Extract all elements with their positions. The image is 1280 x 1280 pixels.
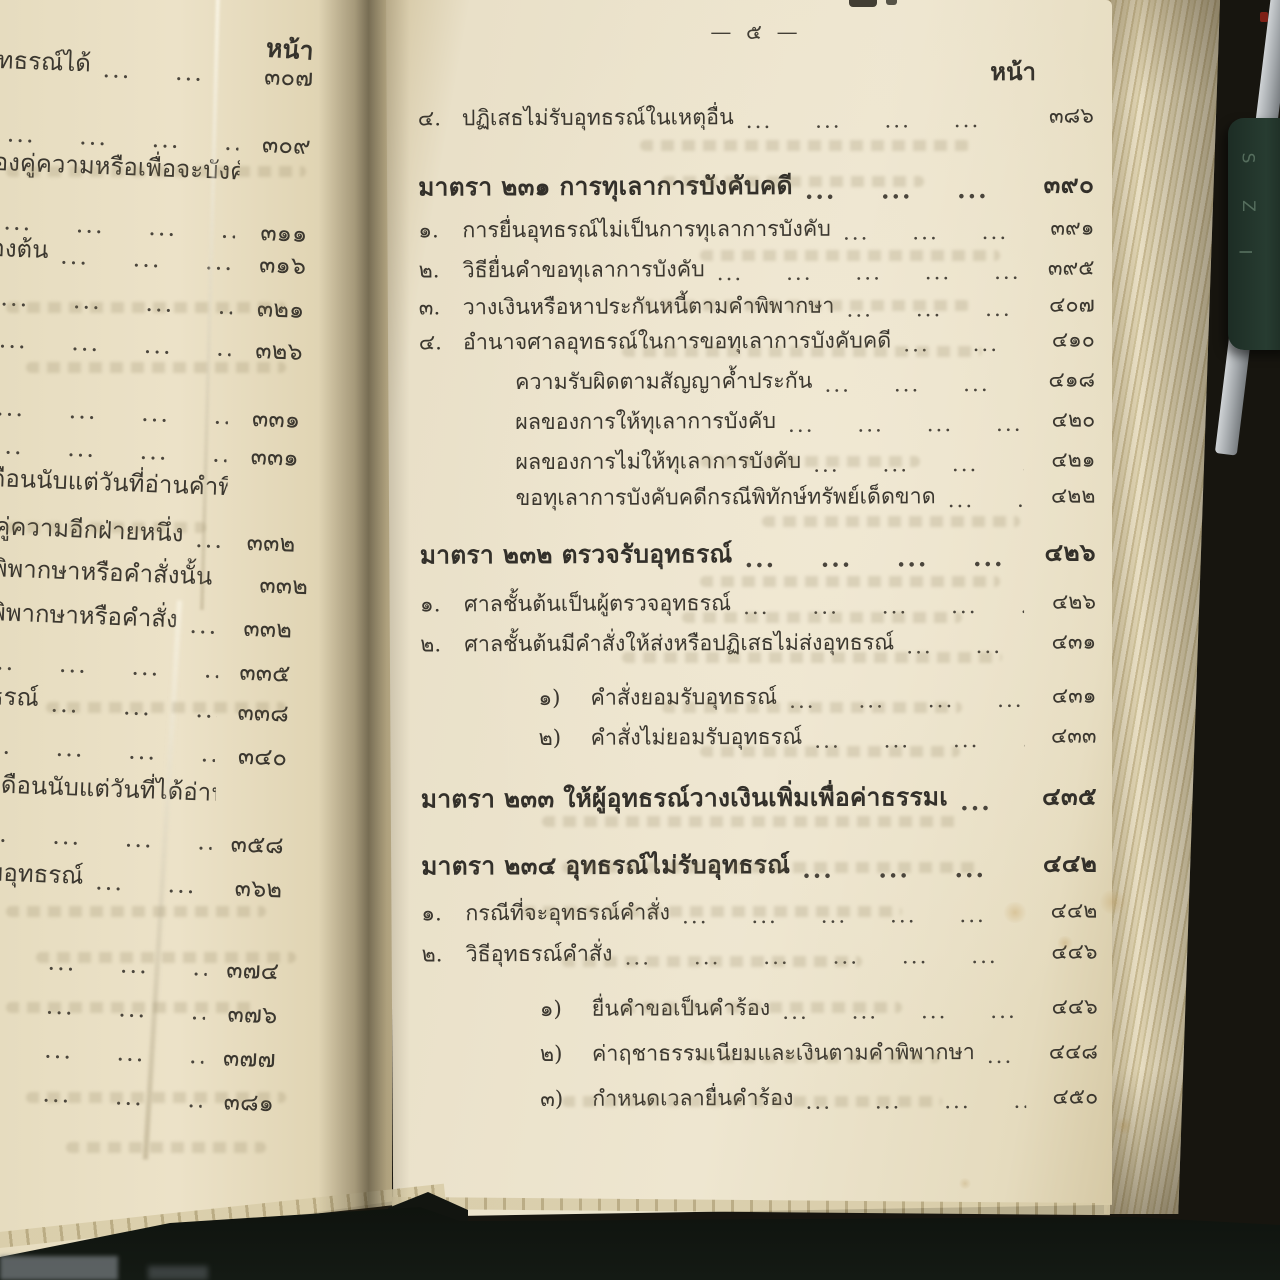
- dot-leader: ... ... ... ... ... ... ... ... ... ... …: [831, 220, 1023, 246]
- item-title: การยื่นอุทธรณ์ไม่เป็นการทุเลาการบังคับ: [462, 212, 831, 248]
- desk-reflection: [148, 1266, 208, 1280]
- dot-leader: ... ... ... ... ... ... ... ... ... ... …: [0, 1032, 204, 1069]
- item-title: มาตรา ๒๓๒ ตรวจรับอุทธรณ์: [420, 534, 733, 574]
- item-number: ๒.: [421, 937, 465, 971]
- page-ref: ๔๕๐: [1026, 1080, 1098, 1114]
- page-ref: ๔๓๑: [1024, 625, 1096, 659]
- bleed-through-text: [6, 1002, 256, 1013]
- page-ref: ๔๑๐: [1023, 323, 1095, 357]
- bleed-through-text: [66, 1142, 266, 1153]
- page-ref: ๔๓๕: [1025, 777, 1097, 816]
- toc-row: ผลของการให้ทุเลาการบังคับ... ... ... ...…: [419, 403, 1095, 440]
- page-ref: ๓๗๖: [205, 993, 278, 1035]
- item-number: ๒.: [420, 627, 464, 661]
- dot-leader: ... ... ... ... ... ... ... ... ... ... …: [734, 108, 1022, 134]
- item-number: ๔.: [419, 325, 463, 359]
- dot-leader: ... ... ... ... ... ... ... ... ... ... …: [83, 867, 211, 900]
- bleed-through-text: [542, 816, 962, 827]
- bleed-through-text: [36, 952, 296, 963]
- dot-leader: ... ... ... ... ... ... ... ... ... ... …: [948, 787, 1025, 816]
- bleed-through-text: [562, 956, 862, 967]
- red-speck: [1260, 12, 1268, 22]
- page-ref: ๔๔๒: [1025, 844, 1097, 883]
- dot-leader: ... ... ... ... ... ... ... ... ... ... …: [776, 412, 1023, 438]
- bleed-through-text: [46, 702, 286, 713]
- item-number: ๑.: [418, 213, 462, 247]
- dot-leader: ... ... ... ... ... ... ... ... ... ... …: [812, 372, 1023, 398]
- bleed-through-text: [700, 1052, 940, 1063]
- item-number: ๑): [538, 681, 590, 715]
- bleed-through-text: [6, 166, 306, 177]
- item-number: ๔.: [418, 101, 462, 135]
- page-ref: ๔๔๘: [1026, 1035, 1098, 1069]
- foxing-spot: [1002, 902, 1028, 923]
- foxing-spot: [1114, 1118, 1134, 1134]
- page-ref: ๓๙๑: [1022, 211, 1094, 245]
- item-title: ผลของการให้ทุเลาการบังคับ: [515, 404, 776, 439]
- toc-row: ความรับผิดตามสัญญาค้ำประกัน... ... ... .…: [419, 363, 1095, 400]
- book-photo-scene: S Z I หน้า ทธรณ์ได้... ... ... ... ... .…: [0, 0, 1280, 1280]
- page-ref: ๓๓๒: [219, 607, 292, 649]
- dot-leader: ... ... ... ... ... ... ... ... ... ... …: [0, 730, 216, 767]
- page-ref: ๓๗๗: [203, 1037, 276, 1079]
- page-ref: ๓๙๕: [1022, 251, 1094, 285]
- dot-leader: ... ... ... ... ... ... ... ... ... ... …: [705, 260, 1023, 286]
- page-ref: ๓๘๖: [1022, 99, 1094, 133]
- dot-leader: ... ... ... ... ... ... ... ... ... ... …: [0, 818, 212, 855]
- bleed-through-text: [522, 906, 902, 917]
- page-ref: ๔๔๒: [1025, 894, 1097, 928]
- bleed-through-text: [682, 612, 962, 623]
- toc-row: มาตรา ๒๓๒ ตรวจรับอุทธรณ์... ... ... ... …: [420, 533, 1096, 575]
- bleed-through-text: [622, 346, 982, 357]
- bleed-through-text: [622, 652, 1002, 663]
- item-number: ๑.: [420, 587, 464, 621]
- bleed-through-text: [6, 302, 286, 313]
- object-mark: I: [1235, 249, 1255, 254]
- item-number: ๓.: [419, 290, 463, 324]
- dot-leader: ... ... ... ... ... ... ... ... ... ... …: [0, 325, 231, 362]
- item-number: ๑): [540, 992, 592, 1026]
- toc-row: ๔.ปฏิเสธไม่รับอุทธรณ์ในเหตุอื่น... ... .…: [418, 99, 1094, 136]
- page-ref: ๔๓๑: [1024, 679, 1096, 713]
- bleed-through-text: [662, 176, 924, 187]
- page-ref: ๓๑๖: [233, 243, 306, 285]
- page-ref: ๔๐๗: [1023, 288, 1095, 322]
- item-title: มาตรา ๒๓๓ ให้ผู้อุทธรณ์วางเงินเพิ่มเพื่อ…: [421, 777, 948, 818]
- bleed-through-text: [6, 906, 266, 917]
- item-title: องต้น: [0, 228, 49, 269]
- bleed-through-text: [762, 516, 1020, 527]
- leader-space: [212, 596, 236, 597]
- bleed-through-text: [662, 702, 962, 713]
- item-number: ๑.: [421, 896, 465, 930]
- page-ref: ๔๒๑: [1023, 443, 1095, 477]
- bleed-through-text: [562, 862, 982, 873]
- dot-leader: ... ... ... ... ... ... ... ... ... ... …: [936, 488, 1024, 513]
- bleed-through-text: [622, 1002, 902, 1013]
- item-title: ปฏิเสธไม่รับอุทธรณ์ในเหตุอื่น: [462, 100, 734, 135]
- dark-speck: [886, 0, 897, 5]
- bleed-through-text: [640, 140, 970, 151]
- item-title: ำพิพากษาหรือคำสั่งนั้น: [0, 548, 213, 596]
- page-ref: ๓๔๐: [214, 735, 287, 777]
- item-title: ำพิพากษาหรือคำสั่ง: [0, 592, 179, 639]
- object-mark: Z: [1238, 200, 1258, 212]
- item-title: เลยอุทธรณ์: [0, 851, 84, 894]
- page-ref: ๓๓๒: [235, 564, 308, 606]
- bleed-through-text: [6, 522, 206, 533]
- toc-row: มาตรา ๒๓๓ ให้ผู้อุทธรณ์วางเงินเพิ่มเพื่อ…: [421, 777, 1097, 819]
- bleed-through-text: [562, 1096, 942, 1107]
- bleed-through-text: [700, 576, 1000, 587]
- dot-leader: ... ... ... ... ... ... ... ... ... ... …: [733, 543, 1024, 573]
- page-ref: ๓๐๗: [241, 55, 314, 97]
- page-ref: ๓๕๘: [211, 823, 284, 865]
- item-title: ทธรณ์ได้: [0, 40, 92, 83]
- dark-speck: [849, 0, 877, 7]
- bleed-through-text: [640, 300, 970, 311]
- page-ref: ๔๑๘: [1023, 363, 1095, 397]
- bleed-through-text: [700, 250, 1000, 261]
- book-gutter: [318, 0, 410, 1222]
- page-ref: ๔๓๓: [1025, 719, 1097, 753]
- item-number: ๒): [539, 721, 591, 755]
- dot-leader: ... ... ... ... ... ... ... ... ... ... …: [48, 241, 235, 276]
- toc-row: ขอทุเลาการบังคับคดีกรณีพิทักษ์ทรัพย์เด็ด…: [419, 479, 1095, 516]
- toc-row: ... ... ... ... ... ... ... ... ... ... …: [0, 807, 285, 858]
- page-ref: ๔๒๐: [1023, 403, 1095, 437]
- page-ref: ๔๔๖: [1026, 990, 1098, 1024]
- toc-row: ทธรณ์ได้... ... ... ... ... ... ... ... …: [0, 40, 314, 91]
- dot-leader: ... ... ... ... ... ... ... ... ... ... …: [177, 610, 221, 640]
- item-number: ๒): [540, 1037, 592, 1071]
- item-title: ขอทุเลาการบังคับคดีกรณีพิทักษ์ทรัพย์เด็ด…: [515, 479, 935, 515]
- item-title: เดือนนับแต่วันที่อ่านคำพิพากษา: [0, 458, 229, 506]
- item-title: วิธียื่นคำขอทุเลาการบังคับ: [462, 252, 704, 287]
- dot-leader: ... ... ... ... ... ... ... ... ... ... …: [90, 55, 242, 89]
- page-edges-shade: [1104, 0, 1220, 1214]
- page-ref: ๔๒๖: [1024, 533, 1096, 572]
- dot-leader: ... ... ... ... ... ... ... ... ... ... …: [975, 1044, 1026, 1069]
- bleed-through-text: [700, 456, 920, 467]
- item-title: ทธรณ์: [0, 676, 40, 717]
- dark-green-object: S Z I: [1228, 118, 1280, 350]
- page-ref: ๓๖๒: [209, 867, 282, 909]
- item-title: ๑ เดือนนับแต่วันที่ได้อ่าน: [0, 763, 217, 811]
- bleed-through-text: [700, 746, 960, 757]
- bleed-through-text: [26, 362, 286, 373]
- page-ref: ๔๒๖: [1024, 585, 1096, 619]
- item-number: ๒.: [418, 253, 462, 287]
- bleed-through-text: [26, 1092, 286, 1103]
- toc-row: ๑.การยื่นอุทธรณ์ไม่เป็นการทุเลาการบังคับ…: [418, 211, 1094, 248]
- item-title: ความรับผิดตามสัญญาค้ำประกัน: [515, 364, 813, 399]
- page-ref: ๓๙๐: [1022, 165, 1094, 204]
- page-ref: ๔๒๒: [1023, 479, 1095, 513]
- object-mark: S: [1237, 153, 1257, 164]
- foxing-spot: [1098, 890, 1128, 914]
- desk-reflection: [0, 1256, 118, 1280]
